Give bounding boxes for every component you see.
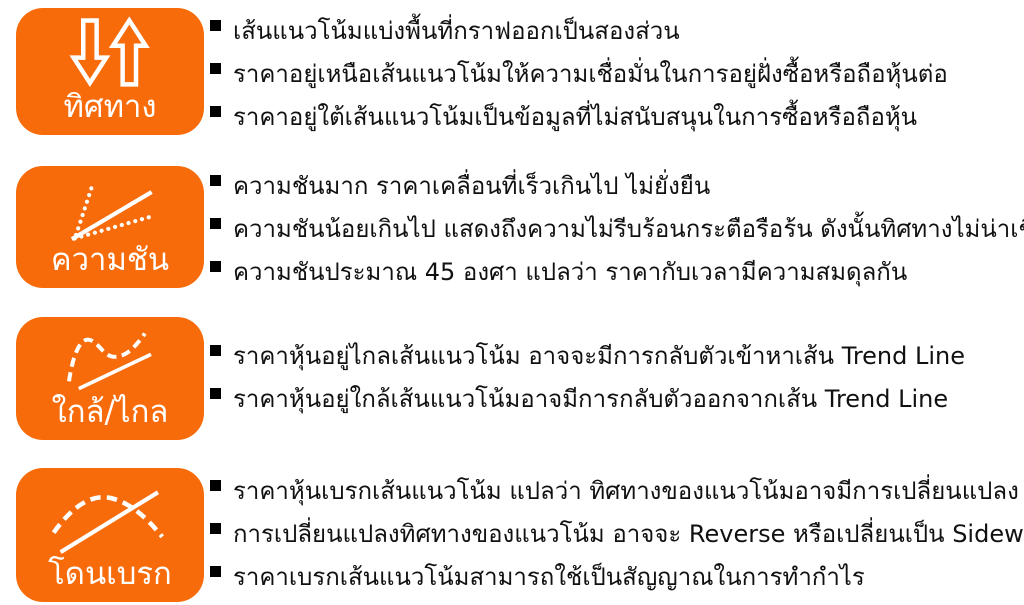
- price-curve-trendline-icon: [30, 325, 190, 395]
- bullet-text: ราคาเบรกเส้นแนวโน้มสามารถใช้เป็นสัญญาณใน…: [233, 561, 865, 593]
- bullet-text: ความชันมาก ราคาเคลื่อนที่เร็วเกินไป ไม่ย…: [233, 170, 710, 202]
- section-bullet-list: ความชันมาก ราคาเคลื่อนที่เร็วเกินไป ไม่ย…: [210, 170, 1020, 299]
- section-bullet-list: ราคาหุ้นเบรกเส้นแนวโน้ม แปลว่า ทิศทางของ…: [210, 475, 1020, 604]
- section-badge-label: ความชัน: [51, 243, 169, 282]
- bullet-item: ราคาอยู่ใต้เส้นแนวโน้มเป็นข้อมูลที่ไม่สน…: [210, 101, 1020, 133]
- bullet-text: การเปลี่ยนแปลงทิศทางของแนวโน้ม อาจจะ Rev…: [233, 518, 1024, 550]
- section-badge-label: โดนเบรก: [48, 557, 172, 596]
- square-bullet-icon: [210, 106, 221, 117]
- section-badge-label: ทิศทาง: [63, 90, 156, 129]
- bullet-item: ราคาหุ้นอยู่ใกล้เส้นแนวโน้มอาจมีการกลับต…: [210, 383, 1020, 415]
- bullet-item: ราคาหุ้นอยู่ไกลเส้นแนวโน้ม อาจจะมีการกลั…: [210, 340, 1020, 372]
- bullet-item: ความชันประมาณ 45 องศา แปลว่า ราคากับเวลา…: [210, 256, 1020, 288]
- bullet-text: ราคาหุ้นอยู่ใกล้เส้นแนวโน้มอาจมีการกลับต…: [233, 383, 948, 415]
- bullet-text: ราคาหุ้นเบรกเส้นแนวโน้ม แปลว่า ทิศทางของ…: [233, 475, 1019, 507]
- bullet-item: เส้นแนวโน้มแบ่งพื้นที่กราฟออกเป็นสองส่วน: [210, 15, 1020, 47]
- square-bullet-icon: [210, 63, 221, 74]
- square-bullet-icon: [210, 345, 221, 356]
- section-badge: ทิศทาง: [16, 8, 204, 135]
- bullet-text: ราคาหุ้นอยู่ไกลเส้นแนวโน้ม อาจจะมีการกลั…: [233, 340, 965, 372]
- square-bullet-icon: [210, 20, 221, 31]
- bullet-text: ราคาอยู่ใต้เส้นแนวโน้มเป็นข้อมูลที่ไม่สน…: [233, 101, 917, 133]
- section-bullet-list: เส้นแนวโน้มแบ่งพื้นที่กราฟออกเป็นสองส่วน…: [210, 15, 1020, 144]
- section-badge-label: ใกล้/ไกล: [52, 395, 169, 434]
- slope-lines-icon: [30, 174, 190, 243]
- section-badge: ใกล้/ไกล: [16, 317, 204, 440]
- bullet-text: ความชันประมาณ 45 องศา แปลว่า ราคากับเวลา…: [233, 256, 907, 288]
- square-bullet-icon: [210, 388, 221, 399]
- bullet-item: ความชันมาก ราคาเคลื่อนที่เร็วเกินไป ไม่ย…: [210, 170, 1020, 202]
- trendline-break-icon: [30, 477, 190, 557]
- bullet-item: ราคาหุ้นเบรกเส้นแนวโน้ม แปลว่า ทิศทางของ…: [210, 475, 1020, 507]
- bullet-item: ราคาอยู่เหนือเส้นแนวโน้มให้ความเชื่อมั่น…: [210, 58, 1020, 90]
- square-bullet-icon: [210, 261, 221, 272]
- bullet-text: เส้นแนวโน้มแบ่งพื้นที่กราฟออกเป็นสองส่วน: [233, 15, 680, 47]
- square-bullet-icon: [210, 523, 221, 534]
- trendline-infographic-slide: ทิศทาง เส้นแนวโน้มแบ่งพื้นที่กราฟออกเป็น…: [0, 0, 1024, 605]
- square-bullet-icon: [210, 218, 221, 229]
- bullet-item: การเปลี่ยนแปลงทิศทางของแนวโน้ม อาจจะ Rev…: [210, 518, 1020, 550]
- bullet-text: ความชันน้อยเกินไป แสดงถึงความไม่รีบร้อนก…: [233, 213, 1024, 245]
- square-bullet-icon: [210, 175, 221, 186]
- square-bullet-icon: [210, 480, 221, 491]
- section-bullet-list: ราคาหุ้นอยู่ไกลเส้นแนวโน้ม อาจจะมีการกลั…: [210, 340, 1020, 426]
- bullet-item: ความชันน้อยเกินไป แสดงถึงความไม่รีบร้อนก…: [210, 213, 1020, 245]
- section-badge: โดนเบรก: [16, 468, 204, 602]
- square-bullet-icon: [210, 566, 221, 577]
- section-badge: ความชัน: [16, 166, 204, 288]
- bullet-item: ราคาเบรกเส้นแนวโน้มสามารถใช้เป็นสัญญาณใน…: [210, 561, 1020, 593]
- down-up-arrows-icon: [30, 16, 190, 90]
- bullet-text: ราคาอยู่เหนือเส้นแนวโน้มให้ความเชื่อมั่น…: [233, 58, 948, 90]
